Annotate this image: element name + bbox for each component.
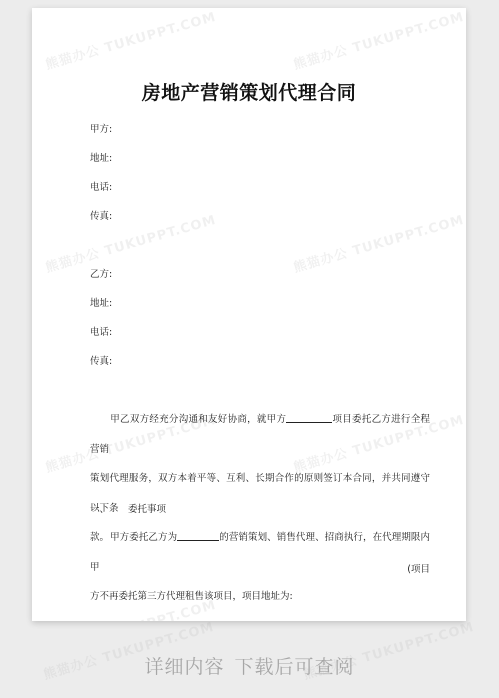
project-name-blank — [286, 412, 332, 423]
document-title: 房地产营销策划代理合同 — [32, 78, 466, 105]
party-b-label: 乙方: — [90, 266, 112, 280]
section-1-line-2: 方不再委托第三方代理租售该项目，项目地址为: — [90, 582, 430, 612]
project-blank — [177, 530, 219, 541]
party-a-fax-label: 传真: — [90, 208, 112, 222]
intro-text: 甲乙双方经充分沟通和友好协商，就甲方 — [110, 414, 286, 425]
section-1-line-2-right: (项目 — [407, 561, 430, 575]
footer-part-1: 详细内容 — [144, 656, 224, 678]
section-1-line-1: 甲方委托乙方为的营销策划、销售代理、招商执行，在代理期限内甲 — [90, 523, 430, 582]
party-a-address-label: 地址: — [90, 150, 112, 164]
watermark: 熊猫办公 TUKUPPT.COM — [43, 209, 218, 276]
party-a-phone-label: 电话: — [90, 179, 112, 193]
party-b-phone-label: 电话: — [90, 324, 112, 338]
intro-line-1: 甲乙双方经充分沟通和友好协商，就甲方项目委托乙方进行全程营销 — [90, 405, 430, 464]
watermark: 熊猫办公 TUKUPPT.COM — [43, 8, 218, 73]
section-text: 甲方委托乙方为 — [110, 532, 177, 543]
party-b-address-label: 地址: — [90, 295, 112, 309]
party-a-label: 甲方: — [90, 121, 112, 135]
section-1-heading: 一、委托事项 — [90, 501, 166, 515]
footer-notice: 详细内容下载后可查阅 — [0, 652, 499, 679]
section-title: 委托事项 — [128, 504, 166, 515]
document-page: 熊猫办公 TUKUPPT.COM 熊猫办公 TUKUPPT.COM 熊猫办公 T… — [32, 8, 466, 621]
watermark: 熊猫办公 TUKUPPT.COM — [291, 209, 466, 276]
party-b-fax-label: 传真: — [90, 353, 112, 367]
watermark: 熊猫办公 TUKUPPT.COM — [291, 8, 466, 73]
section-number: 一、 — [90, 501, 128, 515]
footer-part-2: 下载后可查阅 — [235, 656, 355, 678]
section-1-paragraph: 甲方委托乙方为的营销策划、销售代理、招商执行，在代理期限内甲 方不再委托第三方代… — [90, 523, 430, 612]
